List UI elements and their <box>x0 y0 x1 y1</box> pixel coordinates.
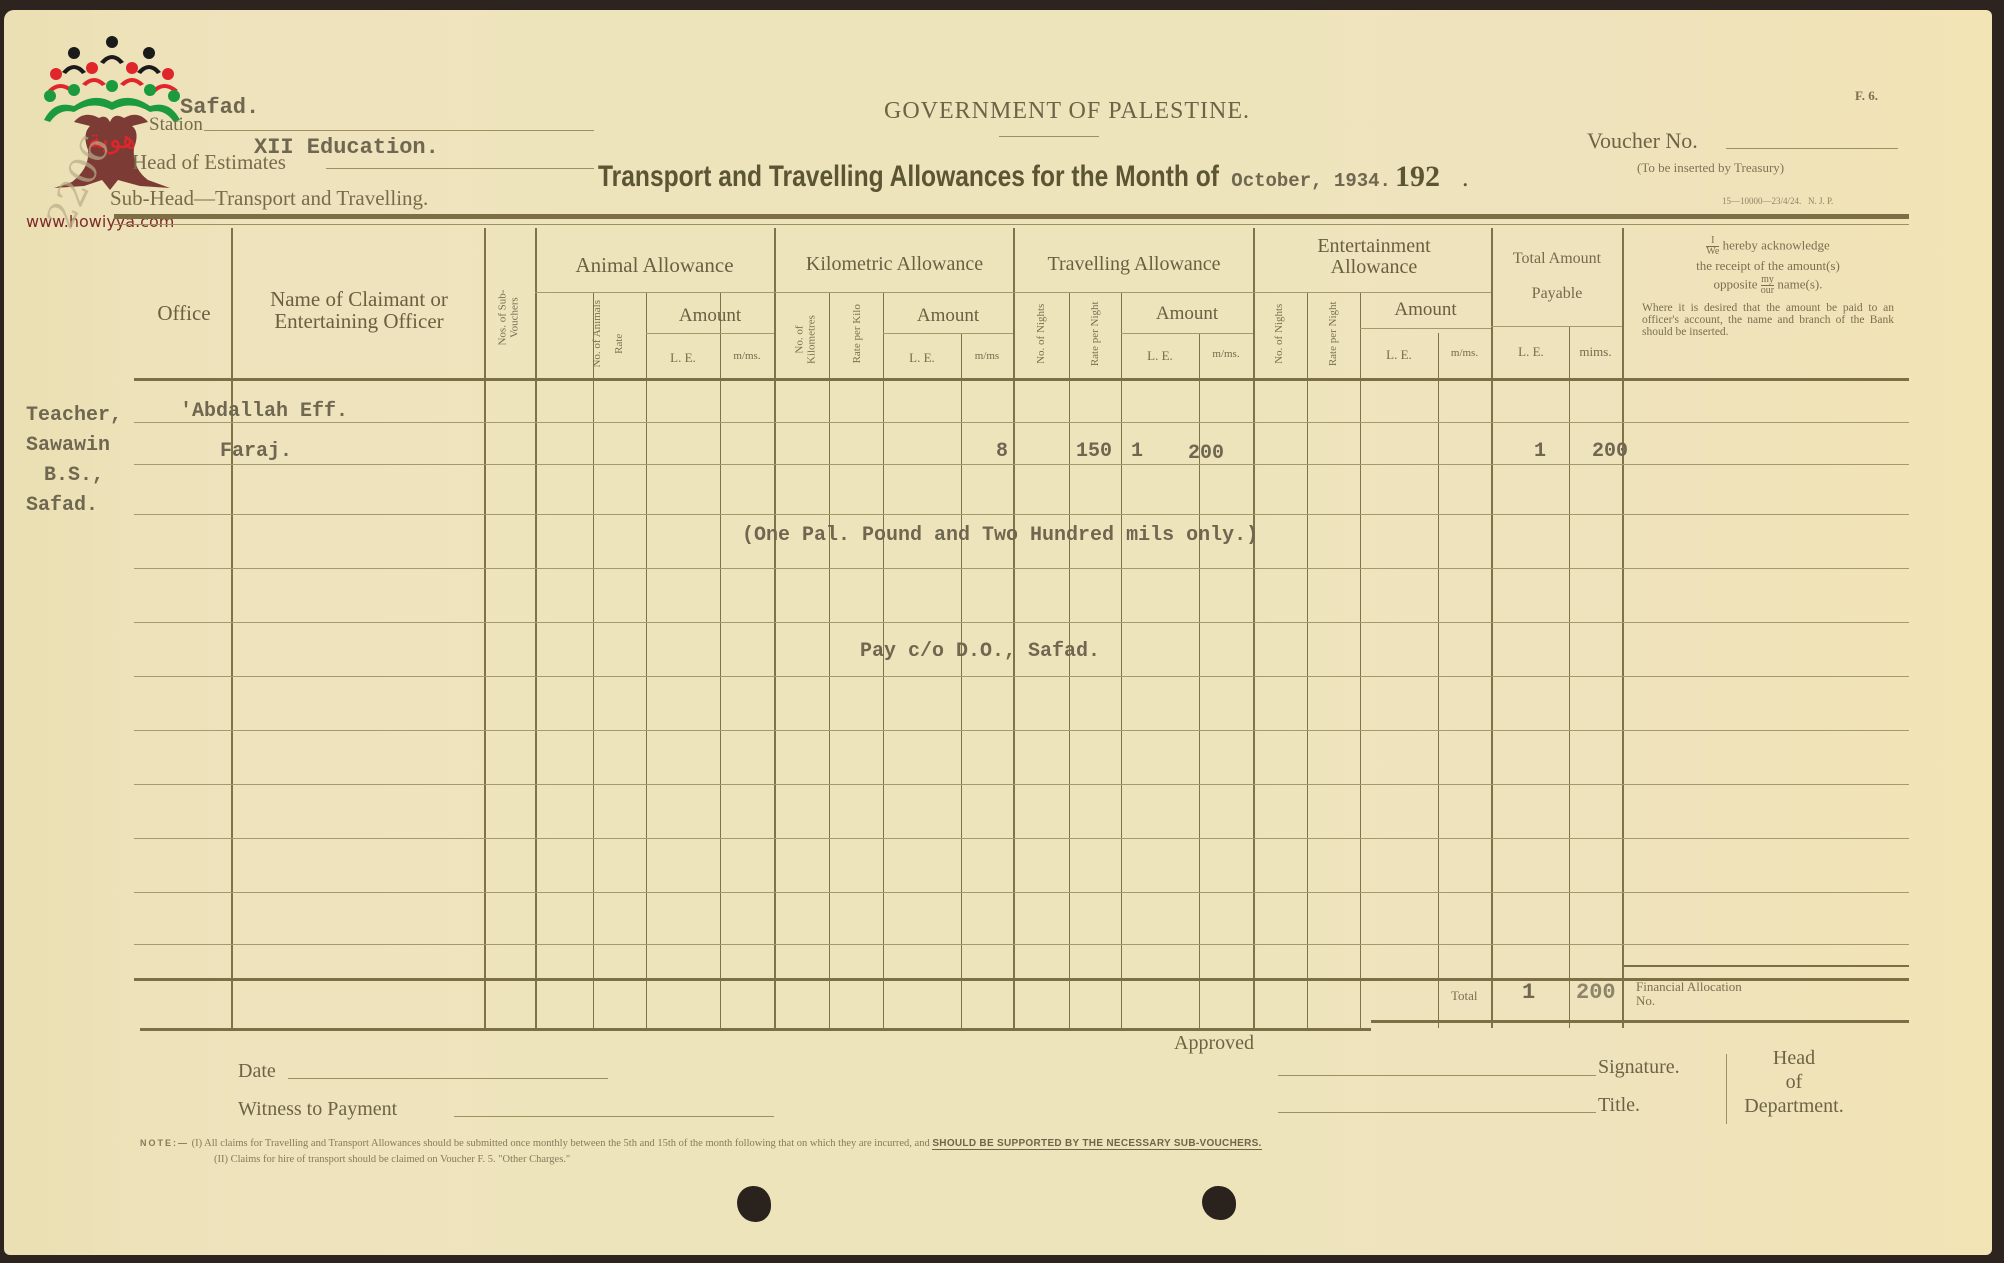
head-of-department: Head of Department. <box>1734 1046 1854 1118</box>
form-title-prefix: Transport and Travelling Allowances for … <box>598 160 1219 194</box>
financial-allocation-label: Financial Allocation No. <box>1636 980 1756 1009</box>
date-field[interactable] <box>288 1078 608 1079</box>
punch-hole-right <box>1202 1186 1236 1220</box>
form-title-month: October, 1934. <box>1231 170 1391 192</box>
total-le: 1 <box>1522 980 1535 1005</box>
entry-name-line1: 'Abdallah Eff. <box>180 400 348 423</box>
travelling-rate: 150 <box>1076 440 1112 463</box>
witness-label: Witness to Payment <box>238 1098 397 1121</box>
station-label: Station <box>149 114 203 136</box>
amount-in-words: (One Pal. Pound and Two Hundred mils onl… <box>742 524 1258 547</box>
voucher-label: Voucher No. <box>1587 128 1698 154</box>
footnote: NOTE:— (I) All claims for Travelling and… <box>140 1136 1920 1167</box>
approved-label: Approved <box>1174 1032 1254 1055</box>
col-office: Office <box>144 302 224 324</box>
total-amount-mms: 200 <box>1592 440 1628 463</box>
voucher-form: هوية www.howiyya.com 2206 Safad. Station… <box>4 10 1992 1255</box>
col-kilometric-allowance: Kilometric Allowance <box>776 254 1013 275</box>
total-mms: 200 <box>1576 980 1616 1005</box>
form-title: Transport and Travelling Allowances for … <box>598 160 1468 194</box>
total-amount-le: 1 <box>1534 440 1546 463</box>
signature-field[interactable] <box>1278 1075 1596 1076</box>
travelling-amount-le: 1 <box>1131 440 1143 463</box>
government-heading: GOVERNMENT OF PALESTINE. <box>884 98 1250 125</box>
col-claimant-name: Name of Claimant or Entertaining Officer <box>240 288 478 332</box>
payment-note: Pay c/o D.O., Safad. <box>860 640 1100 663</box>
col-animal-allowance: Animal Allowance <box>535 254 774 276</box>
form-code: F. 6. <box>1855 88 1878 104</box>
form-title-year: 192 <box>1395 160 1440 193</box>
punch-hole-left <box>737 1186 771 1222</box>
sub-head-label: Sub-Head—Transport and Travelling. <box>110 186 428 211</box>
signature-label: Signature. <box>1598 1056 1680 1079</box>
col-sub-vouchers: Nos. of Sub-Vouchers <box>497 281 520 355</box>
title-field[interactable] <box>1278 1112 1596 1113</box>
acknowledgement-text: IWe hereby acknowledge the receipt of th… <box>1632 236 1904 338</box>
total-label: Total <box>1451 988 1478 1004</box>
travelling-nights: 8 <box>996 440 1008 463</box>
voucher-note: (To be inserted by Treasury) <box>1637 160 1784 176</box>
title-label: Title. <box>1598 1094 1640 1117</box>
col-total-amount: Total Amount <box>1493 250 1621 268</box>
date-label: Date <box>238 1060 276 1083</box>
col-travelling-allowance: Travelling Allowance <box>1015 254 1253 275</box>
entry-office: Teacher, Sawawin B.S., Safad. <box>26 401 146 521</box>
head-of-estimates-label: Head of Estimates <box>132 150 286 175</box>
col-entertainment-allowance: Entertainment Allowance <box>1274 236 1474 278</box>
travelling-amount-mms: 200 <box>1188 442 1224 465</box>
witness-field[interactable] <box>454 1116 774 1117</box>
printer-mark: 15—10000—23/4/24. N. J. P. <box>1722 196 1833 206</box>
entry-name-line2: Faraj. <box>220 440 292 463</box>
voucher-number-field[interactable] <box>1726 148 1898 149</box>
